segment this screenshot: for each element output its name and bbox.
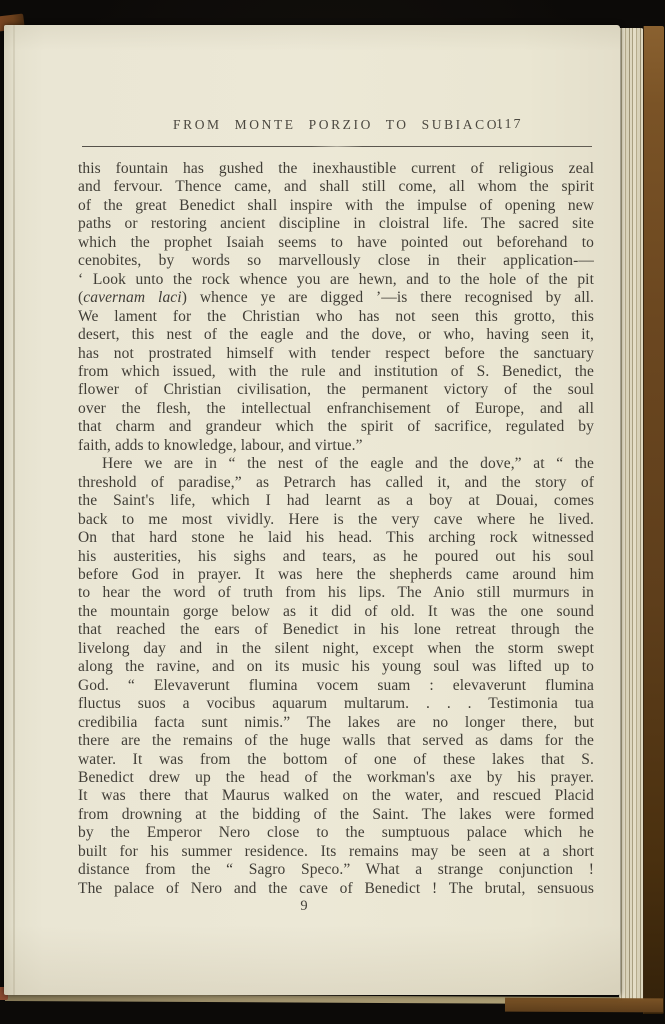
text-line: by the Emperor Nero close to the sumptuo… <box>78 824 594 842</box>
text-line: fluctus suos a vocibus aquarum multarum.… <box>78 695 594 713</box>
page-number: 117 <box>496 117 522 133</box>
text-line: has not prostrated himself with tender r… <box>78 345 594 363</box>
gutter-crease <box>13 25 15 995</box>
paragraph: this fountain has gushed the inexhaustib… <box>78 160 594 455</box>
text-line: that reached the ears of Benedict in his… <box>78 621 594 639</box>
text-line: (cavernam laci) whence ye are digged ’—i… <box>78 289 594 307</box>
text-line: which the prophet Isaiah seems to have p… <box>78 234 594 252</box>
text-line: flower of Christian civilisation, the pe… <box>78 381 594 399</box>
text-line: built for his summer residence. Its rema… <box>78 843 594 861</box>
text-line: Benedict drew up the head of the workman… <box>78 769 594 787</box>
text-line: his austerities, his sighs and tears, as… <box>78 548 594 566</box>
book-photo: { "page": { "header": { "title": "FROM M… <box>0 0 665 1024</box>
text-line: ‘ Look unto the rock whence you are hewn… <box>78 271 594 289</box>
page-edge-stack <box>619 28 644 1006</box>
text-line: this fountain has gushed the inexhaustib… <box>78 160 594 178</box>
text-line: and fervour. Thence came, and shall stil… <box>78 178 594 196</box>
text-line: threshold of paradise,” as Petrarch has … <box>78 474 594 492</box>
text-line: over the flesh, the intellectual enfranc… <box>78 400 594 418</box>
text-line: Here we are in “ the nest of the eagle a… <box>78 455 594 473</box>
text-line: credibilia facta sunt nimis.” The lakes … <box>78 714 594 732</box>
text-line: the Saint's life, which I had learnt as … <box>78 492 594 510</box>
book-cover-edge <box>643 26 664 1014</box>
text-line: to hear the word of truth from his lips.… <box>78 584 594 602</box>
text-line: On that hard stone he laid his head. Thi… <box>78 529 594 547</box>
body-text: this fountain has gushed the inexhaustib… <box>78 160 594 898</box>
text-line: faith, adds to knowledge, labour, and vi… <box>78 437 594 455</box>
text-line: It was there that Maurus walked on the w… <box>78 787 594 805</box>
running-header-title: FROM MONTE PORZIO TO SUBIACO. <box>173 117 505 133</box>
text-line: livelong day and in the silent night, ex… <box>78 640 594 658</box>
header-rule <box>82 146 592 147</box>
signature-mark: 9 <box>284 898 324 915</box>
text-line: along the ravine, and on its music his y… <box>78 658 594 676</box>
text-line: there are the remains of the huge walls … <box>78 732 594 750</box>
text-line: The palace of Nero and the cave of Bened… <box>78 880 594 898</box>
text-line: of the great Benedict shall inspire with… <box>78 197 594 215</box>
text-line: before God in prayer. It was here the sh… <box>78 566 594 584</box>
text-line: back to me most vividly. Here is the ver… <box>78 511 594 529</box>
text-line: from drowning at the bidding of the Sain… <box>78 806 594 824</box>
text-line: God. “ Elevaverunt flumina vocem suam : … <box>78 677 594 695</box>
text-line: water. It was from the bottom of one of … <box>78 751 594 769</box>
text-line: that charm and grandeur which the spirit… <box>78 418 594 436</box>
book-cover-bottom-edge <box>505 998 663 1013</box>
running-header: FROM MONTE PORZIO TO SUBIACO. 117 <box>78 117 597 139</box>
text-line: from which issued, with the rule and ins… <box>78 363 594 381</box>
paragraph: Here we are in “ the nest of the eagle a… <box>78 455 594 898</box>
text-line: We lament for the Christian who has not … <box>78 308 594 326</box>
text-line: distance from the “ Sagro Speco.” What a… <box>78 861 594 879</box>
text-line: the mountain gorge below as it did of ol… <box>78 603 594 621</box>
text-line: desert, this nest of the eagle and the d… <box>78 326 594 344</box>
text-line: cenobites, by words so marvellously clos… <box>78 252 594 270</box>
book-page: FROM MONTE PORZIO TO SUBIACO. 117 this f… <box>4 25 620 995</box>
text-line: paths or restoring ancient discipline in… <box>78 215 594 233</box>
